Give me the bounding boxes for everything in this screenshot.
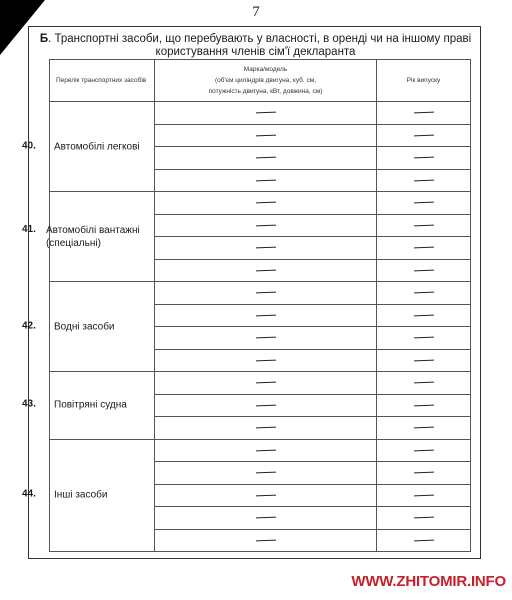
model-cell (155, 124, 377, 147)
handwritten-dash (255, 179, 275, 181)
category-cell: 42.Водні засоби (50, 282, 155, 372)
model-cell (155, 507, 377, 530)
year-cell (377, 214, 471, 237)
category-label: Автомобілі легкові (50, 140, 140, 153)
category-cell: 41.Автомобілі вантажні (спеціальні) (50, 192, 155, 282)
vehicles-table: Перелік транспортних засобів Марка/модел… (49, 59, 471, 552)
category-cell: 43.Повітряні судна (50, 372, 155, 440)
table-row: 44.Інші засоби (50, 439, 471, 462)
table-row: 42.Водні засоби (50, 282, 471, 305)
handwritten-dash (413, 134, 433, 136)
model-cell (155, 439, 377, 462)
section-letter: Б (40, 33, 48, 45)
category-number: 40. (20, 140, 50, 153)
year-cell (377, 102, 471, 125)
page-number: 7 (0, 4, 512, 21)
handwritten-dash (255, 382, 275, 384)
model-cell (155, 417, 377, 440)
handwritten-dash (255, 247, 275, 249)
handwritten-dash (255, 292, 275, 294)
category-label: Автомобілі вантажні (спеціальні) (42, 224, 154, 250)
year-cell (377, 417, 471, 440)
model-cell (155, 169, 377, 192)
handwritten-dash (255, 134, 275, 136)
model-cell (155, 349, 377, 372)
header-model-line2: (об'єм циліндрів двигуна, куб. см, (215, 77, 316, 84)
handwritten-dash (255, 269, 275, 271)
year-cell (377, 349, 471, 372)
handwritten-dash (255, 539, 275, 541)
handwritten-dash (255, 224, 275, 226)
year-cell (377, 282, 471, 305)
handwritten-dash (255, 449, 275, 451)
handwritten-dash (413, 404, 433, 406)
handwritten-dash (255, 314, 275, 316)
year-cell (377, 147, 471, 170)
handwritten-dash (413, 427, 433, 429)
model-cell (155, 394, 377, 417)
header-year: Рік випуску (377, 60, 471, 102)
category-number: 42. (20, 320, 50, 333)
header-model: Марка/модель (об'єм циліндрів двигуна, к… (155, 60, 377, 102)
handwritten-dash (413, 472, 433, 474)
category-label: Повітряні судна (50, 399, 127, 412)
handwritten-dash (413, 224, 433, 226)
model-cell (155, 192, 377, 215)
model-cell (155, 372, 377, 395)
table-row: 43.Повітряні судна (50, 372, 471, 395)
model-cell (155, 484, 377, 507)
category-cell: 44.Інші засоби (50, 439, 155, 552)
year-cell (377, 394, 471, 417)
handwritten-dash (413, 494, 433, 496)
table-header-row: Перелік транспортних засобів Марка/модел… (50, 60, 471, 102)
model-cell (155, 259, 377, 282)
handwritten-dash (413, 247, 433, 249)
handwritten-dash (255, 404, 275, 406)
model-cell (155, 462, 377, 485)
year-cell (377, 259, 471, 282)
handwritten-dash (413, 337, 433, 339)
year-cell (377, 327, 471, 350)
model-cell (155, 237, 377, 260)
year-cell (377, 484, 471, 507)
handwritten-dash (255, 494, 275, 496)
table-row: 41.Автомобілі вантажні (спеціальні) (50, 192, 471, 215)
category-number: 43. (20, 399, 50, 412)
handwritten-dash (413, 202, 433, 204)
section-title-line1: . Транспортні засоби, що перебувають у в… (48, 33, 471, 45)
handwritten-dash (413, 449, 433, 451)
year-cell (377, 529, 471, 552)
section-title: Б. Транспортні засоби, що перебувають у … (30, 33, 481, 59)
year-cell (377, 372, 471, 395)
handwritten-dash (413, 382, 433, 384)
header-model-line3: потужність двигуна, кВт, довжина, см) (209, 88, 323, 95)
year-cell (377, 237, 471, 260)
year-cell (377, 169, 471, 192)
model-cell (155, 147, 377, 170)
category-label: Інші засоби (50, 489, 107, 502)
model-cell (155, 529, 377, 552)
category-number: 44. (20, 489, 50, 502)
year-cell (377, 507, 471, 530)
handwritten-dash (413, 269, 433, 271)
handwritten-dash (413, 179, 433, 181)
handwritten-dash (413, 314, 433, 316)
handwritten-dash (255, 157, 275, 159)
handwritten-dash (255, 337, 275, 339)
handwritten-dash (413, 112, 433, 114)
category-number: 41. (20, 224, 42, 250)
table-row: 40.Автомобілі легкові (50, 102, 471, 125)
year-cell (377, 439, 471, 462)
model-cell (155, 214, 377, 237)
handwritten-dash (413, 359, 433, 361)
year-cell (377, 462, 471, 485)
model-cell (155, 102, 377, 125)
year-cell (377, 124, 471, 147)
year-cell (377, 304, 471, 327)
section-title-line2: користування членів сім'ї декларанта (156, 46, 356, 58)
header-vehicle-list: Перелік транспортних засобів (50, 60, 155, 102)
header-model-line1: Марка/модель (244, 66, 287, 73)
handwritten-dash (255, 472, 275, 474)
handwritten-dash (255, 112, 275, 114)
handwritten-dash (413, 157, 433, 159)
model-cell (155, 327, 377, 350)
handwritten-dash (413, 517, 433, 519)
handwritten-dash (255, 427, 275, 429)
model-cell (155, 282, 377, 305)
model-cell (155, 304, 377, 327)
year-cell (377, 192, 471, 215)
handwritten-dash (255, 359, 275, 361)
handwritten-dash (255, 517, 275, 519)
handwritten-dash (255, 202, 275, 204)
handwritten-dash (413, 539, 433, 541)
handwritten-dash (413, 292, 433, 294)
category-cell: 40.Автомобілі легкові (50, 102, 155, 192)
watermark: WWW.ZHITOMIR.INFO (351, 573, 506, 590)
category-label: Водні засоби (50, 320, 115, 333)
